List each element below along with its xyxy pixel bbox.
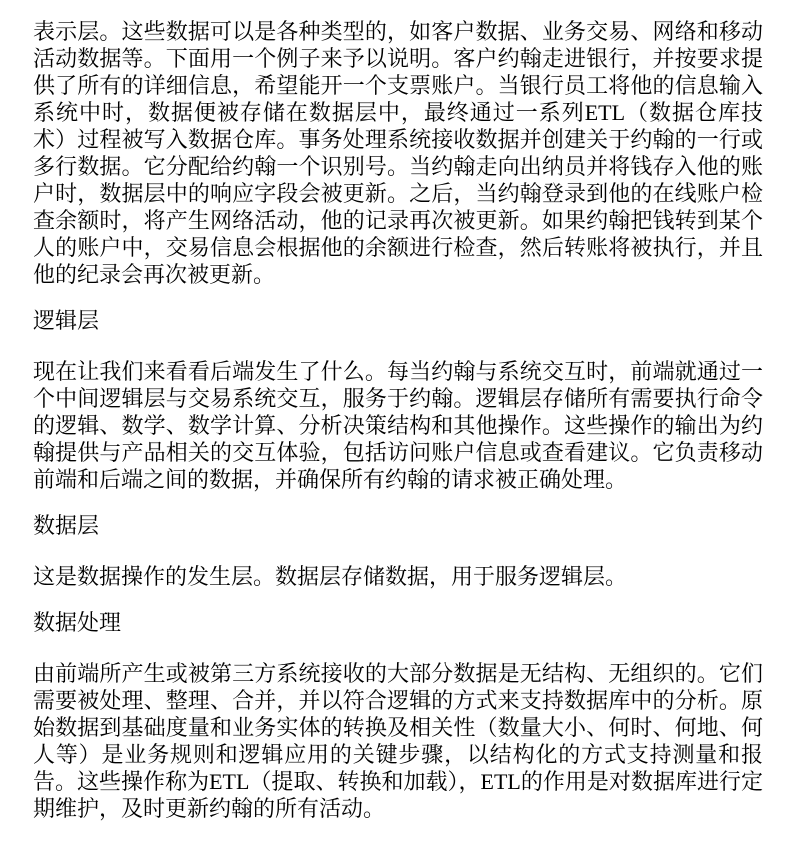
paragraph-presentation-layer-example: 表示层。这些数据可以是各种类型的，如客户数据、业务交易、网络和移动活动数据等。下… — [33, 18, 763, 288]
heading-data-layer: 数据层 — [33, 512, 763, 539]
paragraph-data-processing: 由前端所产生或被第三方系统接收的大部分数据是无结构、无组织的。它们需要被处理、整… — [33, 660, 763, 822]
heading-data-processing: 数据处理 — [33, 609, 763, 636]
paragraph-logic-layer: 现在让我们来看看后端发生了什么。每当约翰与系统交互时，前端就通过一个中间逻辑层与… — [33, 358, 763, 493]
document-page: 表示层。这些数据可以是各种类型的，如客户数据、业务交易、网络和移动活动数据等。下… — [0, 0, 797, 853]
heading-logic-layer: 逻辑层 — [33, 307, 763, 334]
paragraph-data-layer: 这是数据操作的发生层。数据层存储数据，用于服务逻辑层。 — [33, 563, 763, 590]
